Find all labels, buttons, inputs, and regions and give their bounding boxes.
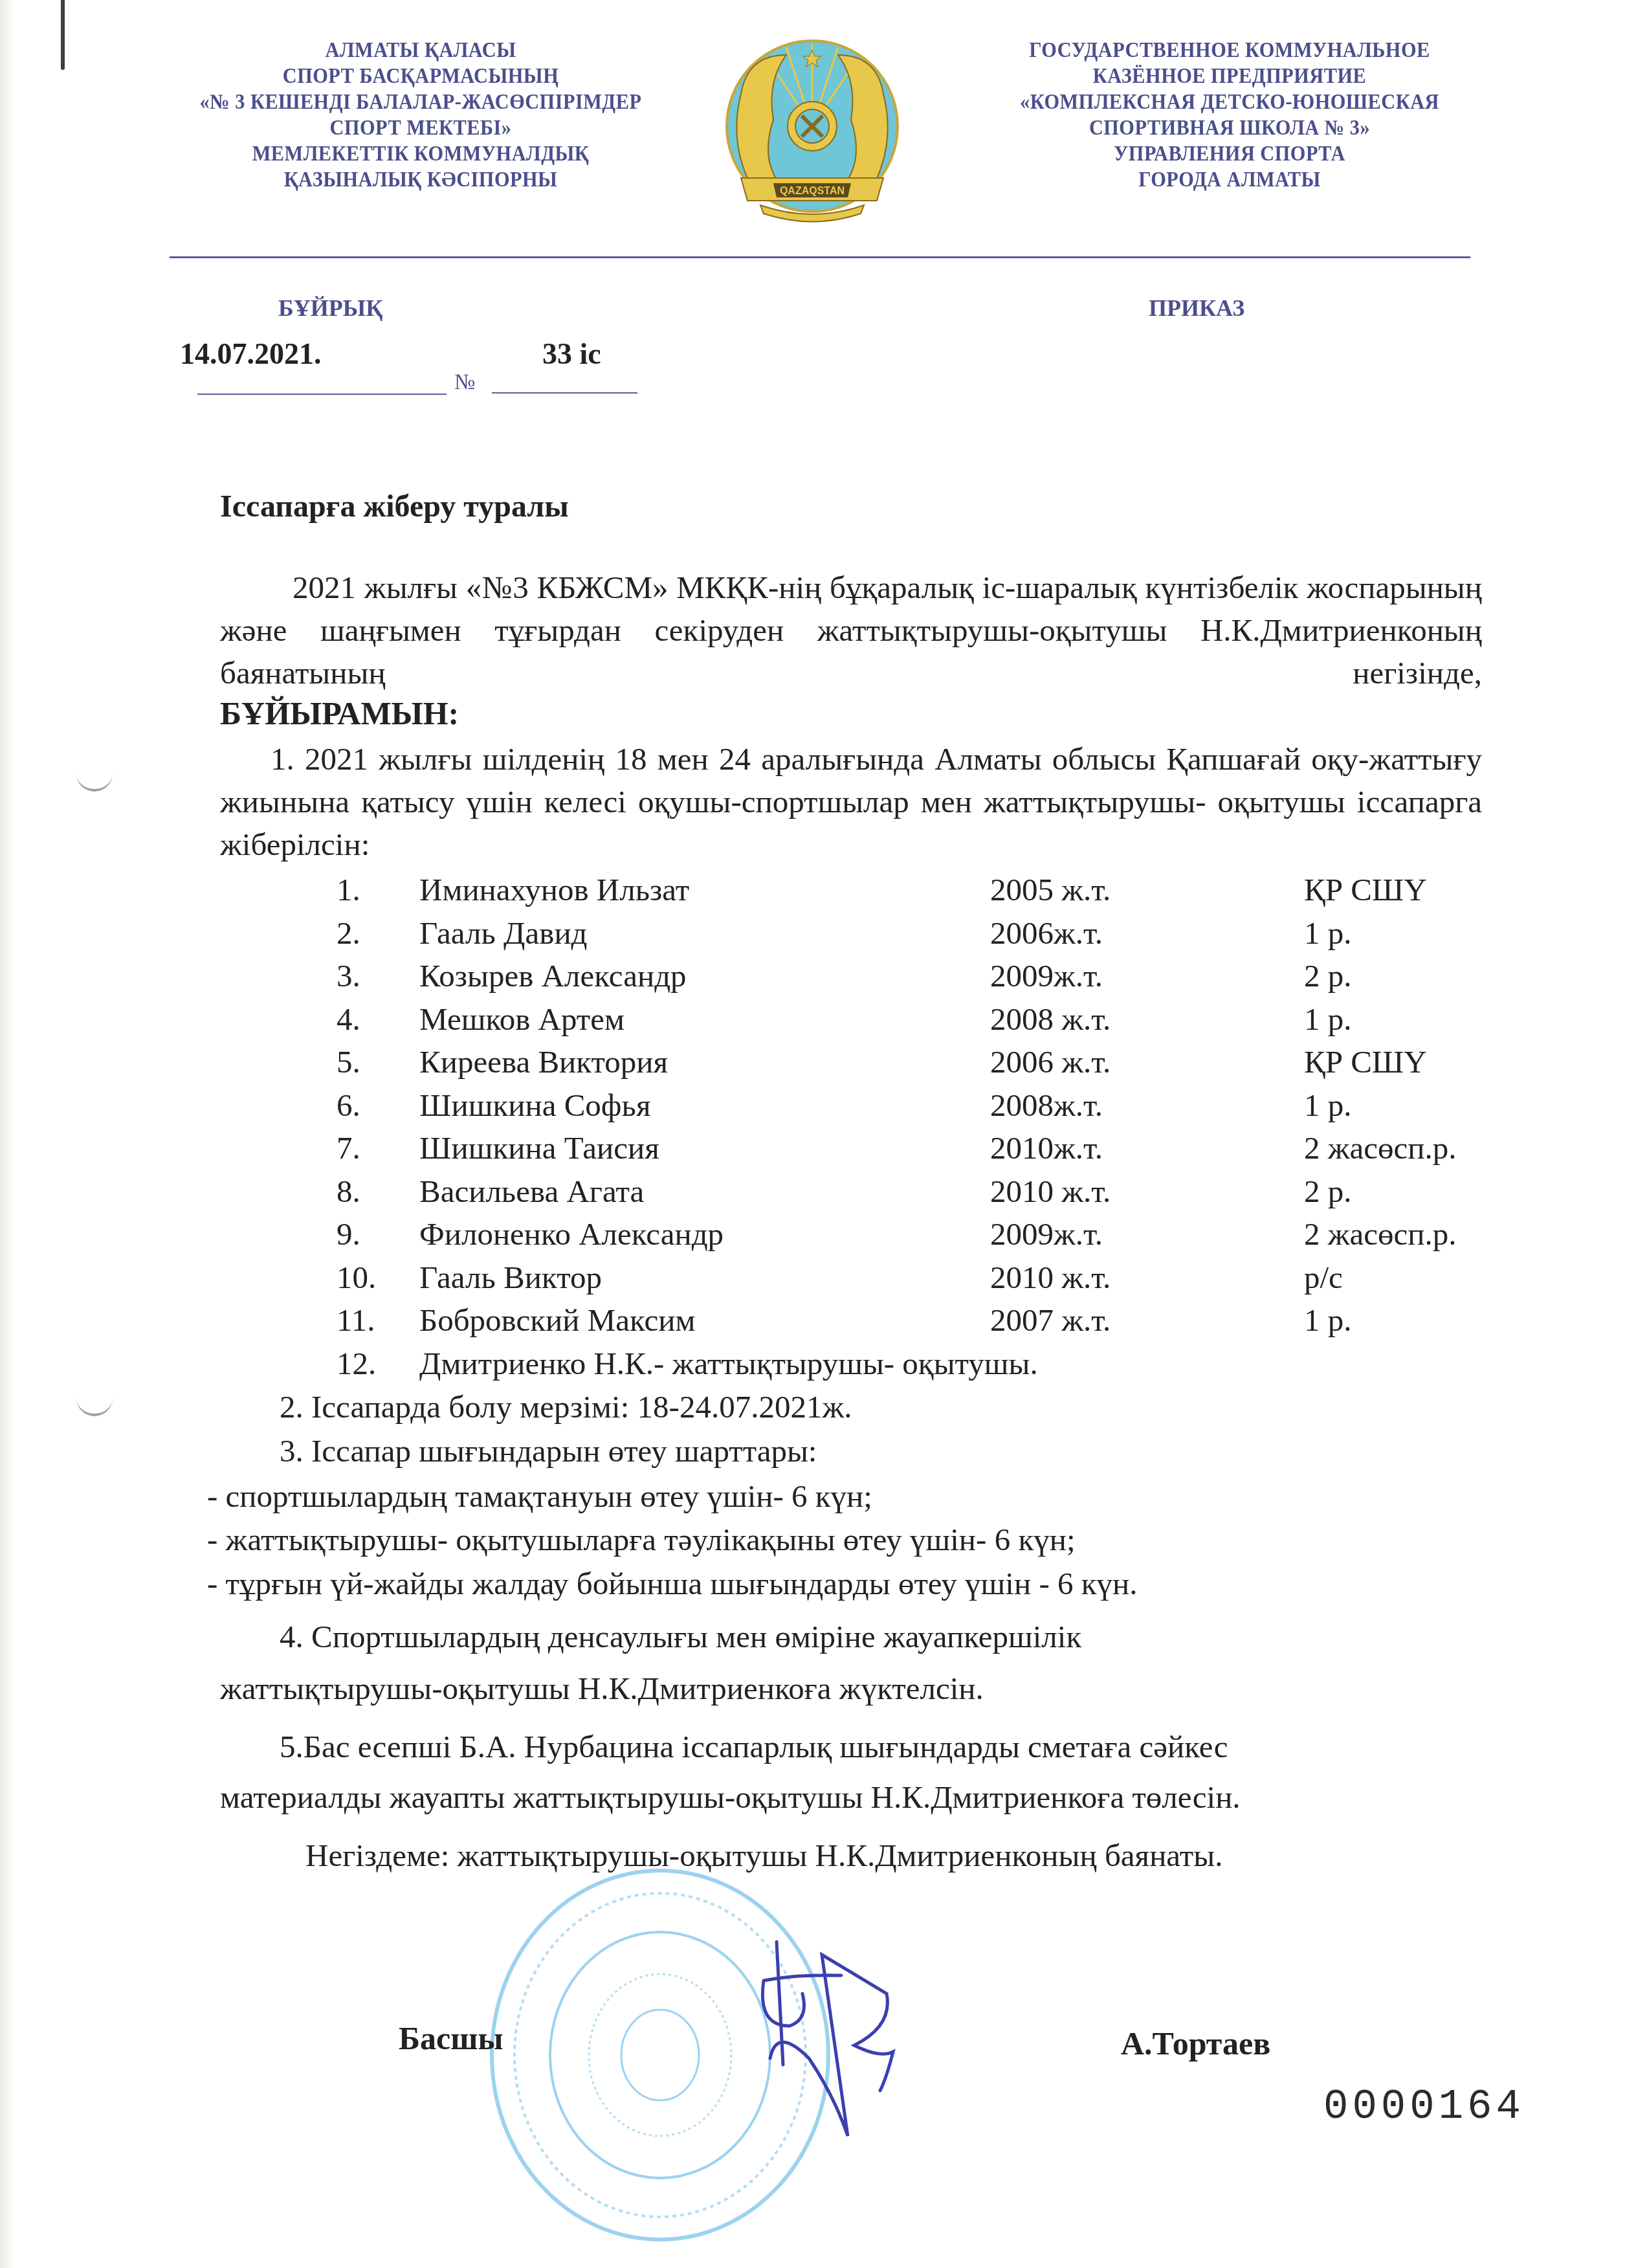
kazakhstan-state-emblem-icon: QAZAQSTAN: [715, 36, 909, 230]
participant-birth-year: 2009ж.т.: [990, 1216, 1103, 1252]
participant-number: 11.: [337, 1302, 375, 1339]
header-line: ҚАЗЫНАЛЫҚ КӘСІПОРНЫ: [153, 167, 689, 193]
header-line: КАЗЁННОЕ ПРЕДПРИЯТИЕ: [962, 63, 1498, 89]
participant-rank: 1 р.: [1304, 1001, 1352, 1038]
participant-number: 10.: [337, 1259, 376, 1296]
doc-type-russian: ПРИКАЗ: [1149, 295, 1244, 322]
participant-number: 6.: [337, 1087, 360, 1124]
participant-birth-year: 2006ж.т.: [990, 915, 1103, 951]
signer-title: Басшы: [399, 2019, 503, 2057]
header-russian: ГОСУДАРСТВЕННОЕ КОММУНАЛЬНОЕ КАЗЁННОЕ ПР…: [938, 38, 1521, 193]
punch-hole-mark: [76, 1398, 113, 1416]
participant-rank: 1 р.: [1304, 1087, 1352, 1124]
participant-birth-year: 2006 ж.т.: [990, 1043, 1111, 1080]
header-divider: [170, 256, 1470, 258]
participant-name: Бобровский Максим: [419, 1302, 696, 1339]
participant-birth-year: 2007 ж.т.: [990, 1302, 1111, 1339]
scan-edge: [0, 0, 14, 2268]
participant-number: 1.: [337, 871, 360, 908]
participant-name: Шишкина Таисия: [419, 1129, 659, 1166]
participant-birth-year: 2010 ж.т.: [990, 1173, 1111, 1210]
item-4-line: жаттықтырушы-оқытушы Н.К.Дмитриенкоға жү…: [220, 1670, 984, 1707]
participant-birth-year: 2008 ж.т.: [990, 1001, 1111, 1038]
participant-number: 8.: [337, 1173, 360, 1210]
order-subject: Іссапарға жіберу туралы: [220, 489, 569, 524]
participant-number: 2.: [337, 915, 360, 951]
participant-rank: 2 р.: [1304, 957, 1352, 994]
participant-name: Иминахунов Ильзат: [419, 871, 689, 908]
header-line: МЕМЛЕКЕТТІК КОММУНАЛДЫҚ: [153, 141, 689, 167]
number-sign: №: [454, 370, 475, 395]
item-5-line: материалды жауапты жаттықтырушы-оқытушы …: [220, 1779, 1241, 1816]
participant-rank: 2 р.: [1304, 1173, 1352, 1210]
expense-bullet: - спортшылардың тамақтануын өтеу үшін- 6…: [207, 1478, 872, 1515]
order-date: 14.07.2021.: [180, 337, 322, 371]
expense-bullet: - жаттықтырушы- оқытушыларға тәулікақыны…: [207, 1521, 1076, 1558]
participant-birth-year: 2005 ж.т.: [990, 871, 1111, 908]
participant-name: Гааль Виктор: [419, 1259, 602, 1296]
header-line: ГОРОДА АЛМАТЫ: [962, 167, 1498, 193]
participant-number: 5.: [337, 1043, 360, 1080]
expense-bullet: - тұрғын үй-жайды жалдау бойынша шығында…: [207, 1565, 1138, 1602]
header-line: АЛМАТЫ ҚАЛАСЫ: [153, 38, 689, 63]
participant-name: Филоненко Александр: [419, 1216, 724, 1252]
staple-mark: [61, 0, 65, 70]
participant-number: 12.: [337, 1345, 376, 1382]
header-kazakh: АЛМАТЫ ҚАЛАСЫ СПОРТ БАСҚАРМАСЫНЫҢ «№ 3 К…: [129, 38, 712, 193]
participant-birth-year: 2008ж.т.: [990, 1087, 1103, 1124]
participant-rank: р/с: [1304, 1259, 1343, 1296]
participant-name: Шишкина Софья: [419, 1087, 650, 1124]
punch-hole-mark: [76, 773, 113, 792]
serial-number: 0000164: [1323, 2084, 1525, 2131]
item-4-line: 4. Спортшылардың денсаулығы мен өміріне …: [280, 1618, 1081, 1655]
handwritten-signature-icon: [738, 1929, 1010, 2162]
participant-name: Васильева Агата: [419, 1173, 644, 1210]
participant-birth-year: 2010 ж.т.: [990, 1259, 1111, 1296]
participant-rank: 2 жасөсп.р.: [1304, 1129, 1457, 1166]
header-line: ГОСУДАРСТВЕННОЕ КОММУНАЛЬНОЕ: [962, 38, 1498, 63]
participant-rank: 2 жасөсп.р.: [1304, 1216, 1457, 1252]
participant-name: Гааль Давид: [419, 915, 588, 951]
participant-name: Киреева Виктория: [419, 1043, 668, 1080]
participant-rank: ҚР СШҮ: [1304, 871, 1427, 908]
header-line: УПРАВЛЕНИЯ СПОРТА: [962, 141, 1498, 167]
signer-name: А.Тортаев: [1121, 2025, 1270, 2062]
participant-birth-year: 2009ж.т.: [990, 957, 1103, 994]
preamble-paragraph: 2021 жылғы «№3 КБЖСМ» МКҚК-нің бұқаралық…: [220, 566, 1482, 695]
item-2-duration: 2. Іссапарда болу мерзімі: 18-24.07.2021…: [280, 1388, 852, 1425]
header-line: СПОРТ БАСҚАРМАСЫНЫҢ: [153, 63, 689, 89]
header-line: «КОМПЛЕКСНАЯ ДЕТСКО-ЮНОШЕСКАЯ: [962, 89, 1498, 115]
order-number: 33 іс: [542, 337, 601, 371]
header-line: «№ 3 КЕШЕНДІ БАЛАЛАР-ЖАСӨСПІРІМДЕР: [153, 89, 689, 115]
item-3-heading: 3. Іссапар шығындарын өтеу шарттары:: [280, 1432, 817, 1469]
number-underline: [492, 392, 637, 394]
participant-rank: 1 р.: [1304, 915, 1352, 951]
date-underline: [197, 394, 447, 395]
header-line: СПОРТИВНАЯ ШКОЛА № 3»: [962, 115, 1498, 141]
item-5-line: 5.Бас есепші Б.А. Нурбацина іссапарлық ш…: [280, 1728, 1228, 1765]
participant-rank: ҚР СШҮ: [1304, 1043, 1427, 1080]
svg-text:QAZAQSTAN: QAZAQSTAN: [780, 186, 845, 197]
participant-name: Козырев Александр: [419, 957, 687, 994]
order-word: БҰЙЫРАМЫН:: [220, 695, 459, 732]
doc-type-kazakh: БҰЙРЫҚ: [278, 295, 382, 322]
participant-rank: 1 р.: [1304, 1302, 1352, 1339]
participant-name: Дмитриенко Н.К.- жаттықтырушы- оқытушы.: [419, 1345, 1038, 1382]
participant-number: 4.: [337, 1001, 360, 1038]
header-line: СПОРТ МЕКТЕБІ»: [153, 115, 689, 141]
participant-birth-year: 2010ж.т.: [990, 1129, 1103, 1166]
participant-number: 3.: [337, 957, 360, 994]
participant-number: 7.: [337, 1129, 360, 1166]
participant-name: Мешков Артем: [419, 1001, 625, 1038]
participant-number: 9.: [337, 1216, 360, 1252]
item-1-paragraph: 1. 2021 жылғы шілденің 18 мен 24 аралығы…: [220, 738, 1482, 866]
